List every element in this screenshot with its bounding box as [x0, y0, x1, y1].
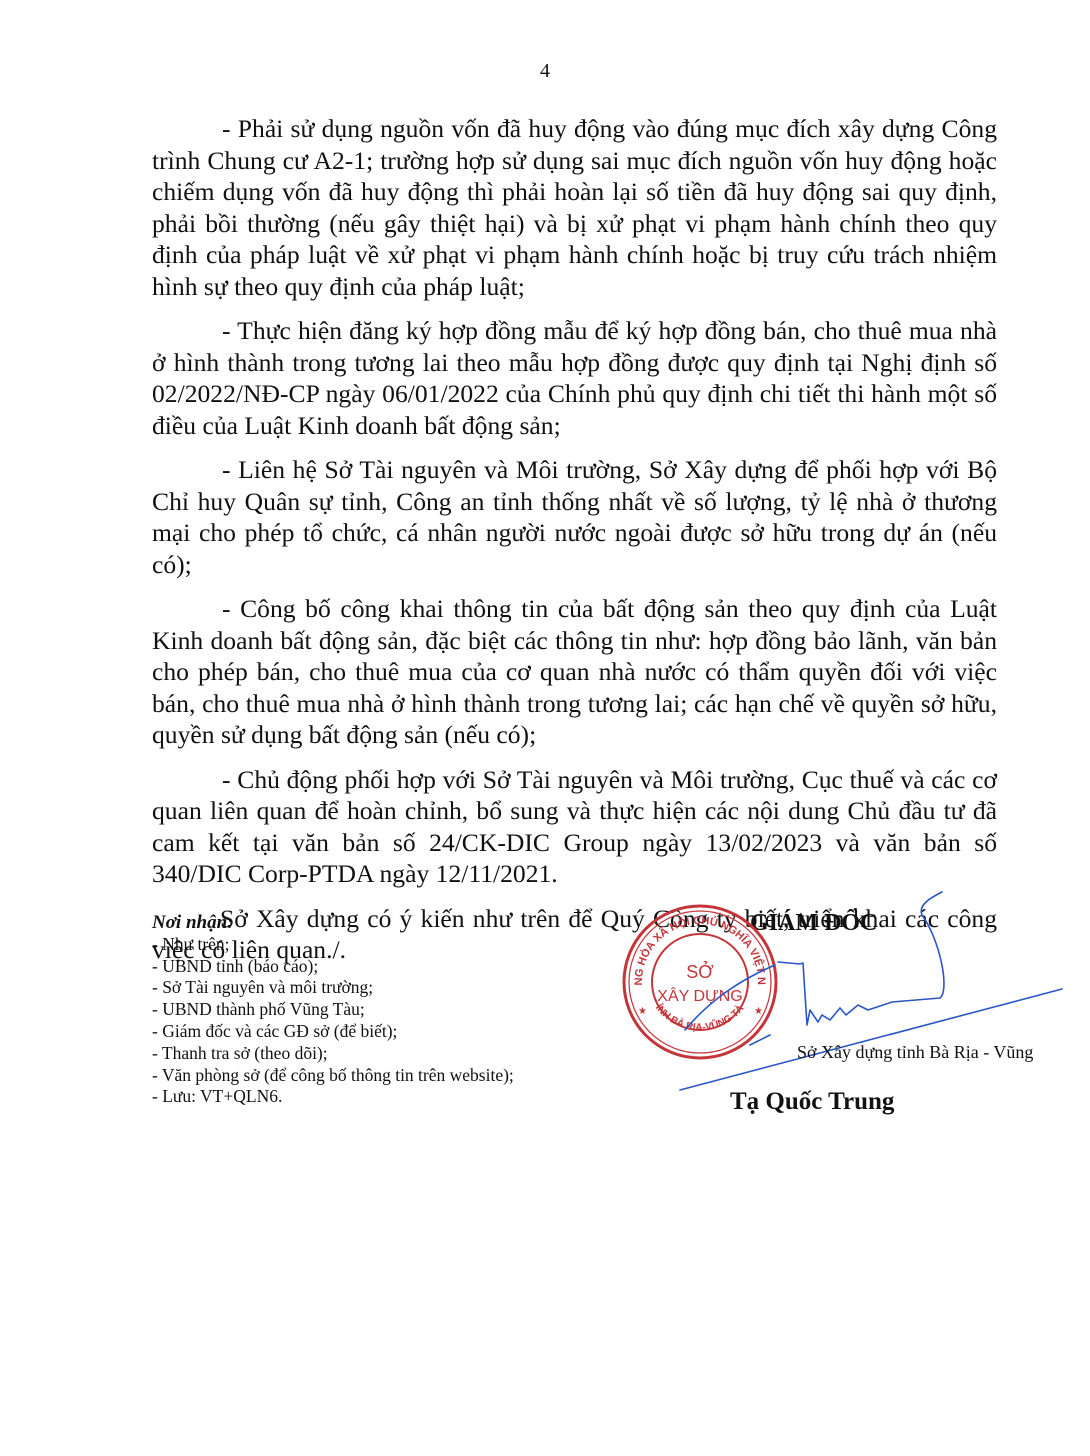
recipient-item: - UBND tỉnh (báo cáo);	[152, 956, 514, 978]
paragraph-contract-registration: - Thực hiện đăng ký hợp đồng mẫu để ký h…	[152, 315, 997, 441]
recipient-item: - Giám đốc và các GĐ sở (để biết);	[152, 1021, 514, 1043]
paragraph-public-disclosure: - Công bố công khai thông tin của bất độ…	[152, 593, 997, 751]
recipient-item: - UBND thành phố Vũng Tàu;	[152, 999, 514, 1021]
signer-organization: Sở Xây dựng tỉnh Bà Rịa - Vũng	[797, 1042, 1033, 1063]
page-number: 4	[0, 60, 1090, 83]
paragraph-coordination: - Chủ động phối hợp với Sở Tài nguyên và…	[152, 764, 997, 890]
signature-block: GIÁM ĐỐC CỘNG HÒA XÃ HỘI CHỦ NGHĨA VIỆT …	[600, 880, 1090, 1130]
paragraph-foreign-ownership: - Liên hệ Sở Tài nguyên và Môi trường, S…	[152, 454, 997, 580]
recipient-item: - Lưu: VT+QLN6.	[152, 1086, 514, 1108]
recipient-item: - Sở Tài nguyên và môi trường;	[152, 977, 514, 999]
recipient-item: - Như trên;	[152, 934, 514, 956]
recipient-item: - Thanh tra sở (theo dõi);	[152, 1043, 514, 1065]
recipients-block: Nơi nhận: - Như trên; - UBND tỉnh (báo c…	[152, 912, 514, 1108]
recipients-heading: Nơi nhận:	[152, 912, 514, 934]
recipient-item: - Văn phòng sở (để công bố thông tin trê…	[152, 1065, 514, 1087]
signer-name: Tạ Quốc Trung	[730, 1088, 894, 1116]
paragraph-capital-use: - Phải sử dụng nguồn vốn đã huy động vào…	[152, 113, 997, 302]
document-body: - Phải sử dụng nguồn vốn đã huy động vào…	[152, 113, 997, 979]
